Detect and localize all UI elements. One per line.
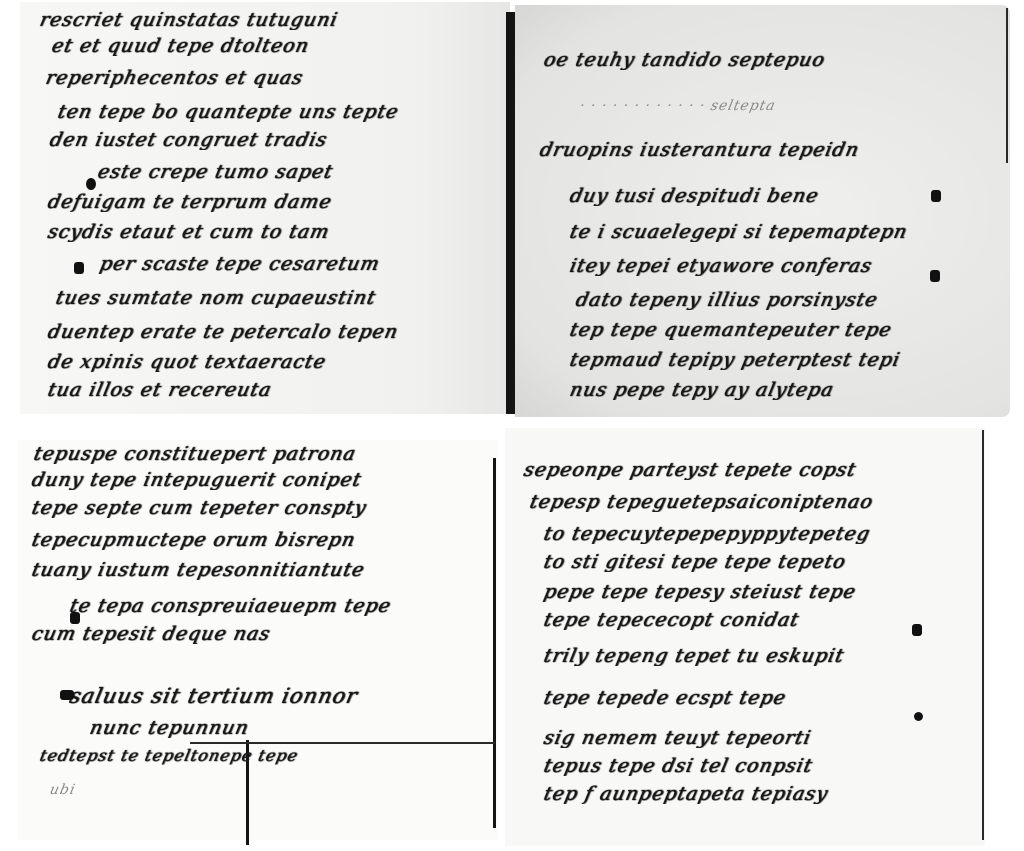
top-right-edge <box>1006 8 1008 163</box>
text-line: pepe tepe tepesy steiust tepe <box>542 582 987 602</box>
text-line: saluus sit tertium ionnor <box>68 686 497 706</box>
punch-hole-marker <box>931 190 941 202</box>
punch-hole-marker <box>912 624 922 636</box>
text-line: sig nemem teuyt tepeorti <box>542 728 987 748</box>
text-line: nus pepe tepy ay alytepa <box>568 380 1002 400</box>
punch-hole-marker <box>74 262 84 274</box>
text-line-faint: ubi <box>48 780 497 800</box>
text-line: to tepecuytepepepyppytepeteg <box>542 524 987 544</box>
text-line: tepe tepede ecspt tepe <box>542 688 987 708</box>
text-line: te tepa conspreuiaeuepm tepe <box>68 596 497 616</box>
text-line: reperiphecentos et quas <box>44 68 512 88</box>
text-line: tepus tepe dsi tel conpsit <box>542 756 987 776</box>
text-line: rescriet quinstatas tutuguni <box>38 10 512 30</box>
punch-hole-marker <box>70 612 80 624</box>
text-line: duny tepe intepuguerit conipet <box>30 470 497 490</box>
text-line: duentep erate te petercalo tepen <box>46 322 512 342</box>
punch-hole-marker <box>86 178 96 190</box>
text-line: den iustet congruet tradis <box>48 130 512 150</box>
text-line: cum tepesit deque nas <box>30 624 497 644</box>
top-left-text-block: rescriet quinstatas tutuguni et et quud … <box>40 6 510 416</box>
text-line: oe teuhy tandido septepuo <box>542 50 1002 70</box>
text-line: tep tepe quemantepeuter tepe <box>568 320 1002 340</box>
text-line: defuigam te terprum dame <box>46 192 512 212</box>
text-line: trily tepeng tepet tu eskupit <box>542 646 987 666</box>
punch-hole-marker <box>60 690 74 700</box>
text-line: tepuspe constituepert patrona <box>32 444 497 464</box>
text-line: et et quud tepe dtolteon <box>50 36 512 56</box>
text-line: ten tepe bo quantepte uns tepte <box>56 102 512 122</box>
punch-hole-marker <box>930 270 940 282</box>
text-line: tepmaud tepipy peterptest tepi <box>568 350 1002 370</box>
text-line: sepeonpe parteyst tepete copst <box>522 460 987 480</box>
text-line: dato tepeny illius porsinyste <box>574 290 1002 310</box>
bottom-left-text-block: tepuspe constituepert patrona duny tepe … <box>30 440 495 840</box>
text-line: tuany iustum tepesonnitiantute <box>30 560 497 580</box>
text-line: tepesp tepeguetepsaiconiptenao <box>528 492 987 512</box>
text-line: nunc tepunnun <box>88 718 497 738</box>
text-line: per scaste tepe cesaretum <box>98 254 512 274</box>
text-line: este crepe tumo sapet <box>96 162 512 182</box>
text-line: te i scuaelegepi si tepemaptepn <box>568 222 1002 242</box>
text-line: tua illos et recereuta <box>46 380 512 400</box>
text-line-faint: · · · · · · · · · · · · seltepta <box>578 96 1002 116</box>
text-line: tues sumtate nom cupaeustint <box>54 288 512 308</box>
top-right-text-block: oe teuhy tandido septepuo · · · · · · · … <box>540 10 1000 410</box>
text-line: tepecupmuctepe orum bisrepn <box>30 530 497 550</box>
punch-hole-marker <box>914 712 923 721</box>
text-line: scydis etaut et cum to tam <box>46 222 512 242</box>
text-line: tepe septe cum tepeter conspty <box>30 498 497 518</box>
text-line: tep f aunpeptapeta tepiasy <box>542 784 987 804</box>
bottom-right-text-block: sepeonpe parteyst tepete copst tepesp te… <box>520 440 985 840</box>
text-line: druopins iusterantura tepeidn <box>538 140 1002 160</box>
text-line: tedtepst te tepeltonepe tepe <box>38 746 497 766</box>
text-line: de xpinis quot textaeracte <box>46 352 512 372</box>
text-line: to sti gitesi tepe tepe tepeto <box>542 552 987 572</box>
